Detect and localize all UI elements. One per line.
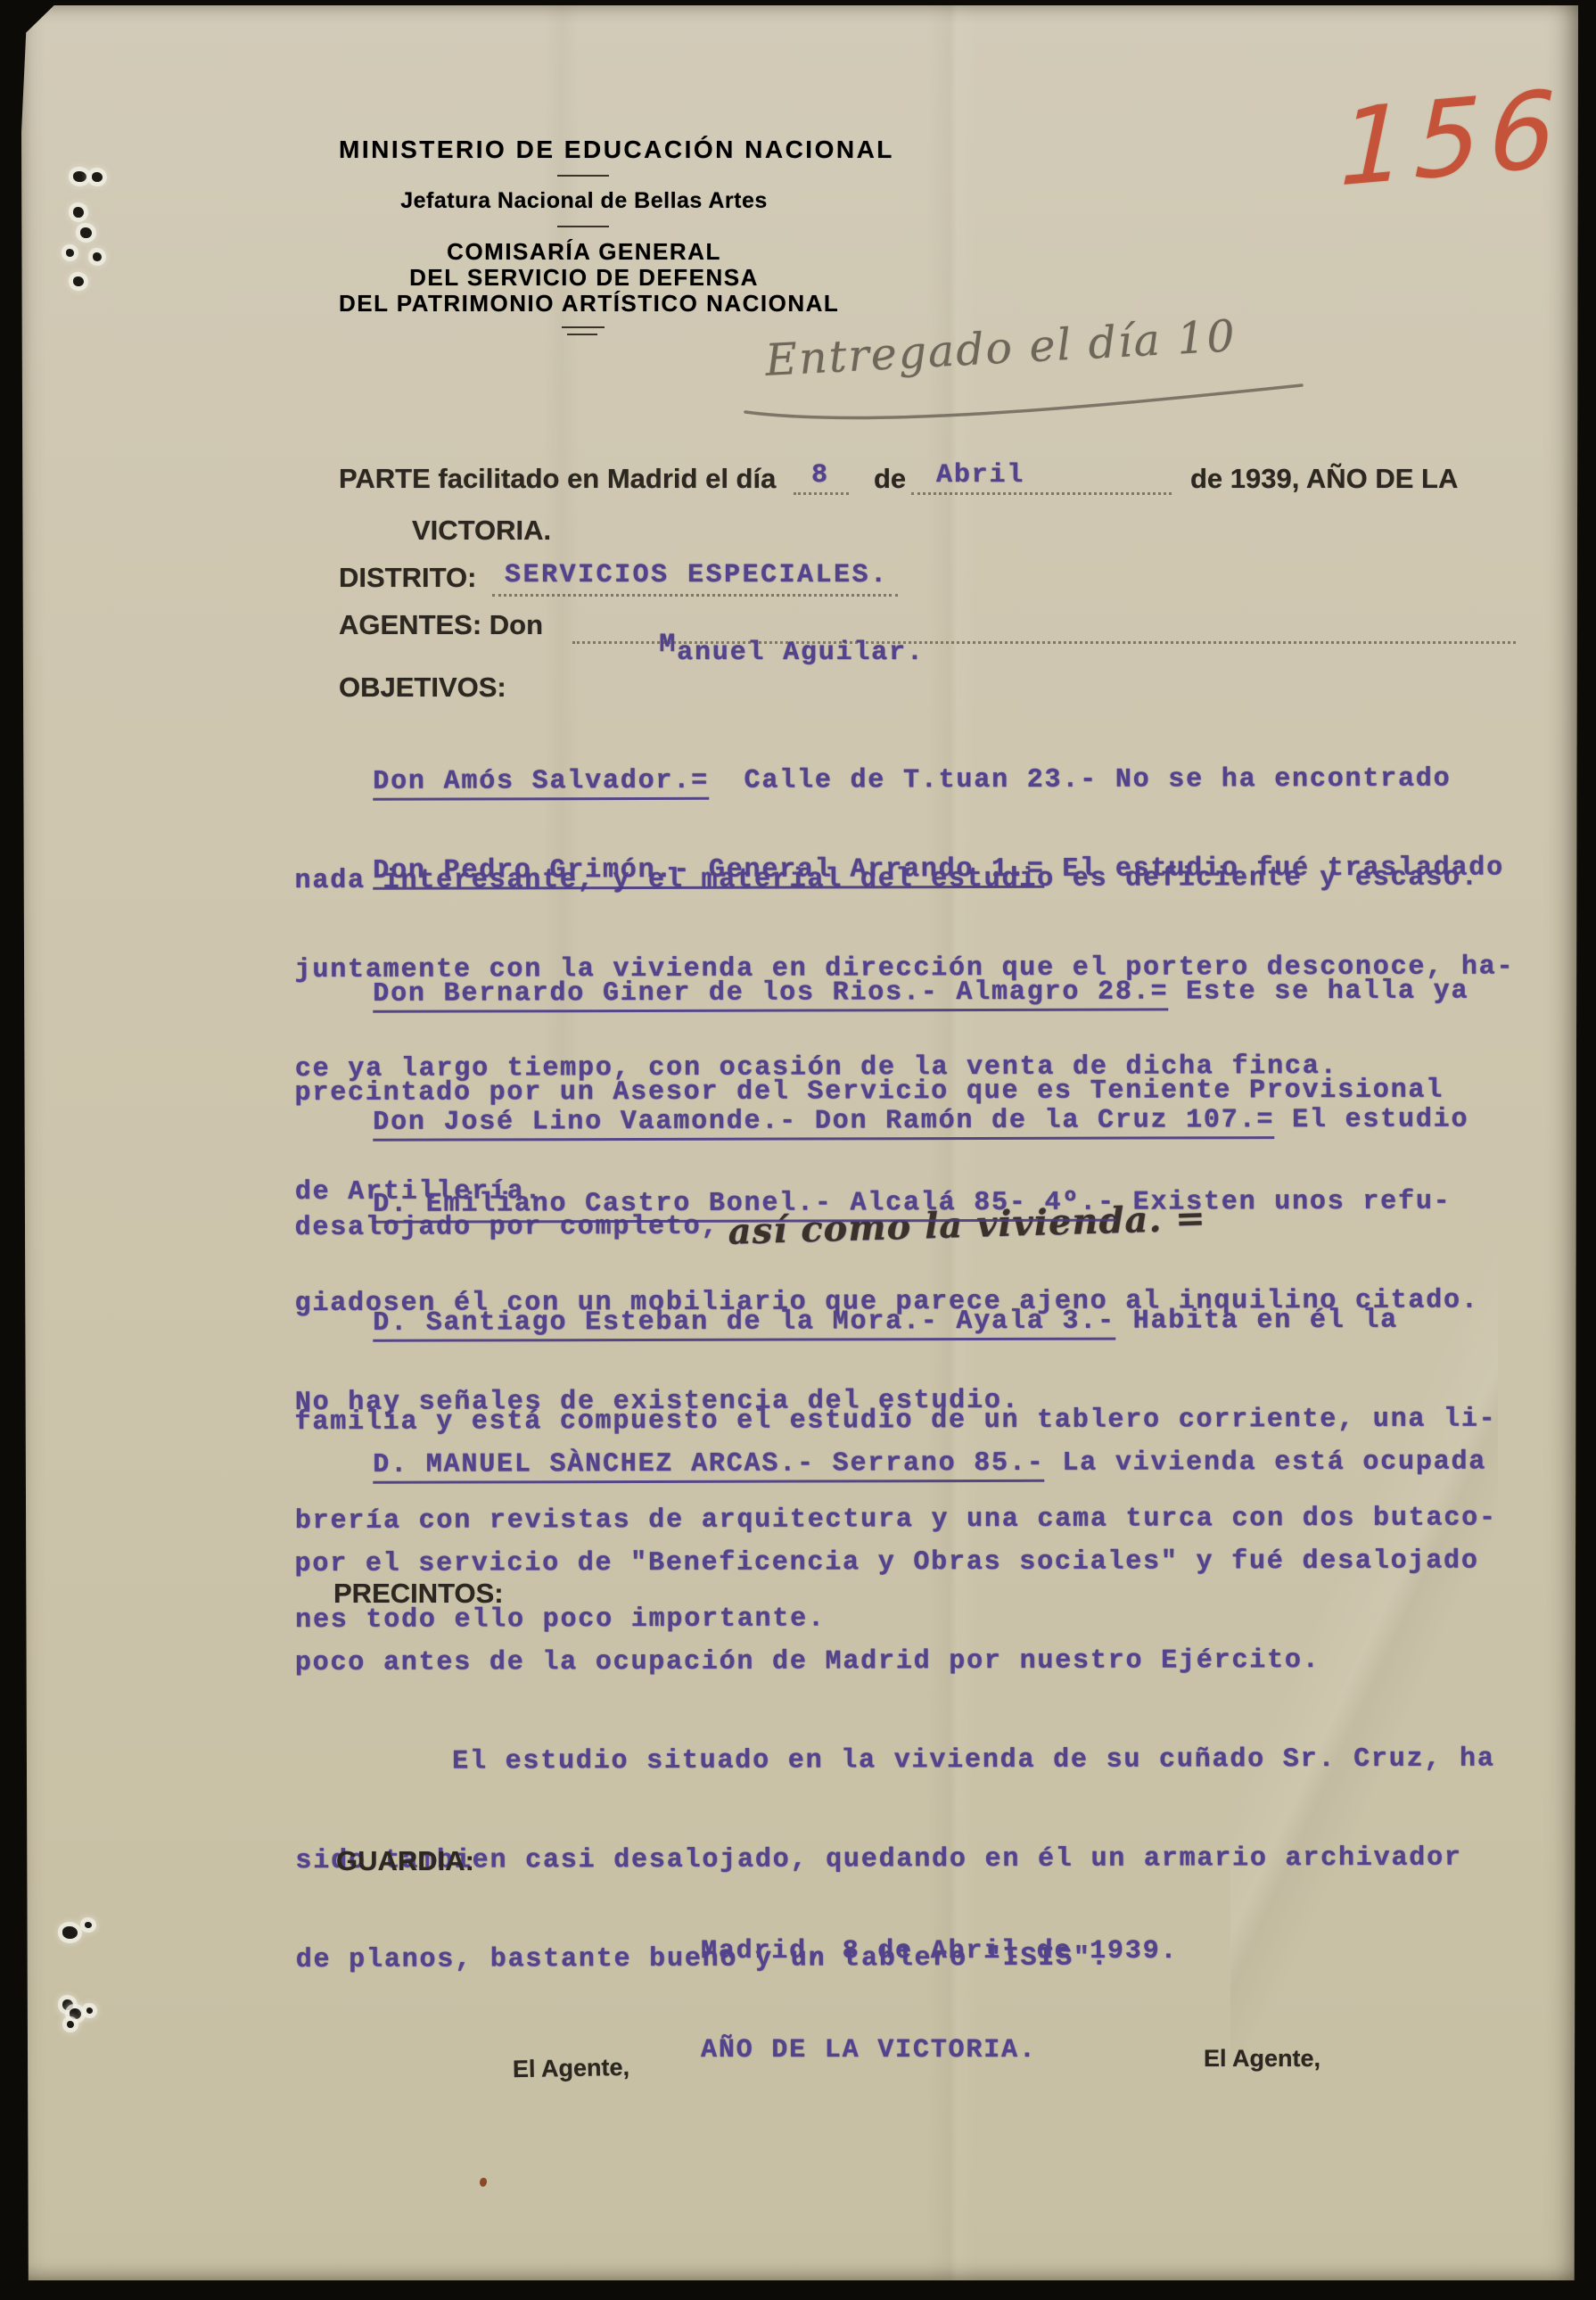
letterhead-ministry: MINISTERIO DE EDUCACIÓN NACIONAL: [339, 136, 829, 164]
staple-mark: [86, 2007, 93, 2014]
letterhead-jefatura: Jefatura Nacional de Bellas Artes: [339, 188, 829, 214]
entry-text: El estudio situado en la vivienda de su …: [295, 1743, 1543, 1779]
pencil-underline-swoosh: [742, 382, 1312, 435]
staple-mark: [62, 1926, 78, 1939]
entry-text: La vivienda está ocupada: [1044, 1447, 1486, 1478]
entry-head: D. Emiliano Castro Bonel.- Alcalá 85- 4º…: [373, 1188, 1115, 1224]
agentes-value: Manuel Aguilar.: [588, 607, 925, 698]
parte-label: PARTE facilitado en Madrid el día: [339, 463, 776, 495]
staple-mark: [70, 2008, 81, 2019]
signer-right-label: El Agente,: [1204, 2045, 1320, 2073]
entry-text: Habita en él la: [1115, 1306, 1398, 1337]
punch-hole: [73, 171, 86, 182]
agentes-label: AGENTES: Don: [339, 609, 543, 641]
entry-text: Existen unos refu-: [1115, 1187, 1452, 1218]
entry-text: poco antes de la ocupación de Madrid por…: [295, 1644, 1543, 1680]
distrito-value: SERVICIOS ESPECIALES.: [505, 560, 889, 590]
agentes-value-initial: M: [659, 630, 677, 660]
guardia-label: GUARDIA:: [336, 1845, 474, 1877]
day-field-rule: [794, 492, 849, 495]
letterhead-patrimonio: DEL PATRIMONIO ARTÍSTICO NACIONAL: [339, 290, 829, 317]
punch-hole: [92, 172, 103, 182]
letterhead-double-rule: [567, 334, 597, 335]
folio-number: 156: [1338, 67, 1565, 210]
closing-date-line1: Madrid, 8 de Abril de 1939.: [701, 1935, 1178, 1968]
letterhead-divider: [557, 226, 609, 227]
month-field-rule: [911, 492, 1172, 495]
entry-head: D. Santiago Esteban de la Mora.- Ayala 3…: [373, 1307, 1115, 1342]
letterhead-comisaria: COMISARÍA GENERAL: [339, 238, 829, 266]
signer-left-label: El Agente,: [513, 2054, 630, 2083]
staple-mark: [67, 2021, 74, 2028]
closing-date: Madrid, 8 de Abril de 1939. AÑO DE LA VI…: [701, 1869, 1178, 2100]
letterhead-divider: [557, 175, 609, 177]
agentes-value-rest: anuel Aguilar.: [677, 638, 925, 668]
month-value: Abril: [936, 460, 1024, 491]
entry-head: Don Pedro Grimón.- General Arrando 1.=: [373, 854, 1044, 890]
punch-hole: [93, 252, 102, 261]
entry-head: D. MANUEL SÀNCHEZ ARCAS.- Serrano 85.-: [373, 1448, 1044, 1484]
staple-mark: [85, 1922, 92, 1928]
closing-date-line2: AÑO DE LA VICTORIA.: [701, 2034, 1178, 2067]
precintos-label: PRECINTOS:: [333, 1578, 504, 1610]
punch-hole: [80, 227, 92, 238]
entry-head: Don Bernardo Giner de los Rios.- Almagro…: [373, 977, 1168, 1012]
parte-victoria: VICTORIA.: [412, 515, 551, 547]
punch-hole: [73, 207, 84, 218]
punch-hole: [73, 276, 84, 286]
day-value: 8: [811, 460, 829, 491]
distrito-field-rule: [492, 594, 898, 597]
letterhead-double-rule: [562, 326, 605, 328]
scanned-document-screenshot: { "document": { "folio": "156", "receive…: [0, 0, 1596, 2300]
parte-de: de: [874, 463, 906, 495]
punch-hole: [66, 249, 74, 257]
entry-text: El estudio fué trasladado: [1044, 853, 1503, 884]
entry-text: Este se halla ya: [1168, 977, 1468, 1008]
letterhead-servicio: DEL SERVICIO DE DEFENSA: [339, 264, 829, 292]
distrito-label: DISTRITO:: [339, 562, 476, 594]
entry-text: por el servicio de "Beneficencia y Obras…: [294, 1545, 1543, 1581]
parte-suffix: de 1939, AÑO DE LA: [1190, 463, 1458, 495]
